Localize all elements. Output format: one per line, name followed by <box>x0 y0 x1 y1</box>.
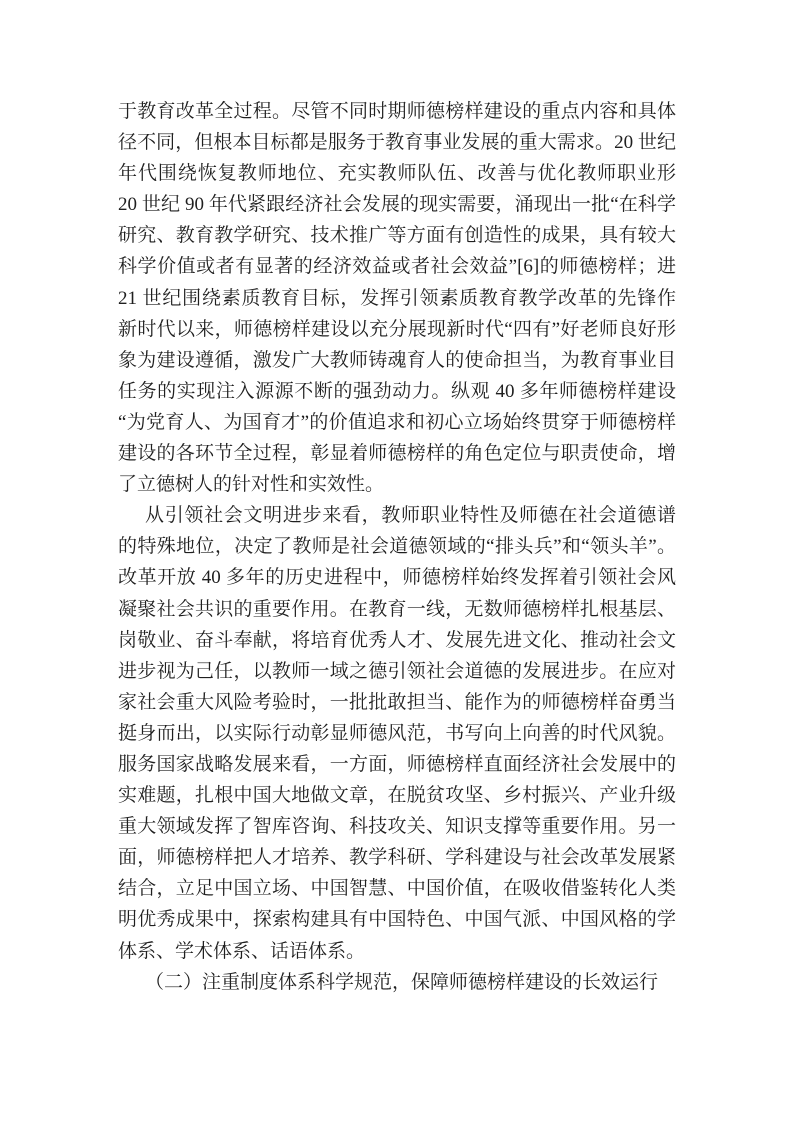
text-line: 科学价值或者有显著的经济效益或者社会效益”[6]的师德榜样；进入 <box>118 251 676 282</box>
text-line: 新时代以来，师德榜样建设以充分展现新时代“四有”好老师良好形 <box>118 314 676 345</box>
text-line: 实难题，扎根中国大地做文章，在脱贫攻坚、乡村振兴、产业升级等 <box>118 780 676 811</box>
text-line: 重大领域发挥了智库咨询、科技攻关、知识支撑等重要作用。另一方 <box>118 811 676 842</box>
text-line: 改革开放 40 多年的历史进程中，师德榜样始终发挥着引领社会风尚、 <box>118 562 676 593</box>
text-line: 服务国家战略发展来看，一方面，师德榜样直面经济社会发展中的现 <box>118 749 676 780</box>
text-line: 结合，立足中国立场、中国智慧、中国价值，在吸收借鉴转化人类文 <box>118 873 676 904</box>
text-line: 研究、教育教学研究、技术推广等方面有创造性的成果，具有较大的 <box>118 220 676 251</box>
text-line: 建设的各环节全过程，彰显着师德榜样的角色定位与职责使命，增进 <box>118 438 676 469</box>
text-line: 凝聚社会共识的重要作用。在教育一线，无数师德榜样扎根基层、爱 <box>118 594 676 625</box>
text-line: 岗敬业、奋斗奉献，将培育优秀人才、发展先进文化、推动社会文明 <box>118 625 676 656</box>
text-line: 的特殊地位，决定了教师是社会道德领域的“排头兵”和“领头羊”。 <box>118 531 676 562</box>
text-line: 20 世纪 90 年代紧跟经济社会发展的现实需要，涌现出一批“在科学 <box>118 189 676 220</box>
text-line: 任务的实现注入源源不断的强劲动力。纵观 40 多年师德榜样建设历程， <box>118 376 676 407</box>
text-line: 从引领社会文明进步来看，教师职业特性及师德在社会道德谱系中 <box>118 500 676 531</box>
text-line: “为党育人、为国育才”的价值追求和初心立场始终贯穿于师德榜样 <box>118 407 676 438</box>
paragraph-continuation: 于教育改革全过程。尽管不同时期师德榜样建设的重点内容和具体路 径不同，但根本目标… <box>118 96 676 500</box>
text-line: 象为建设遵循，激发广大教师铸魂育人的使命担当，为教育事业目标 <box>118 345 676 376</box>
section-heading: （二）注重制度体系科学规范，保障师德榜样建设的长效运行 <box>118 967 676 998</box>
section-heading-line: （二）注重制度体系科学规范，保障师德榜样建设的长效运行 <box>118 967 676 998</box>
text-line: 径不同，但根本目标都是服务于教育事业发展的重大需求。20 世纪 80 <box>118 127 676 158</box>
text-line: 于教育改革全过程。尽管不同时期师德榜样建设的重点内容和具体路 <box>118 96 676 127</box>
document-page: 于教育改革全过程。尽管不同时期师德榜样建设的重点内容和具体路 径不同，但根本目标… <box>0 0 793 1122</box>
text-line: 挺身而出，以实际行动彰显师德风范，书写向上向善的时代风貌。从 <box>118 718 676 749</box>
text-line: 面，师德榜样把人才培养、教学科研、学科建设与社会改革发展紧密 <box>118 842 676 873</box>
text-line: 体系、学术体系、话语体系。 <box>118 936 676 967</box>
text-block: 于教育改革全过程。尽管不同时期师德榜样建设的重点内容和具体路 径不同，但根本目标… <box>118 96 676 998</box>
text-line: 了立德树人的针对性和实效性。 <box>118 469 676 500</box>
text-line: 21 世纪围绕素质教育目标，发挥引领素质教育教学改革的先锋作用； <box>118 283 676 314</box>
text-line: 进步视为己任，以教师一域之德引领社会道德的发展进步。在应对国 <box>118 656 676 687</box>
text-line: 明优秀成果中，探索构建具有中国特色、中国气派、中国风格的学科 <box>118 904 676 935</box>
text-line: 家社会重大风险考验时，一批批敢担当、能作为的师德榜样奋勇当先、 <box>118 687 676 718</box>
paragraph-social-progress: 从引领社会文明进步来看，教师职业特性及师德在社会道德谱系中 的特殊地位，决定了教… <box>118 500 676 966</box>
text-line: 年代围绕恢复教师地位、充实教师队伍、改善与优化教师职业形象； <box>118 158 676 189</box>
